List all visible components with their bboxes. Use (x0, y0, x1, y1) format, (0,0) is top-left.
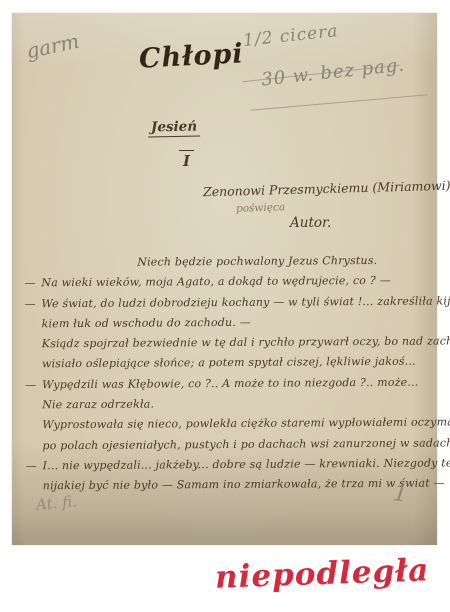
manuscript-text-line: — Na wieki wieków, moja Agato, a dokąd t… (19, 271, 431, 294)
chapter-numeral: I (179, 150, 194, 170)
part-title: Jesień (148, 119, 200, 138)
manuscript-text-line: — I... nie wypędzali... jakżeby... dobre… (21, 454, 433, 477)
manuscript-text-line: wisiało oślepiające słońce; a potem spyt… (20, 352, 432, 375)
niepodlegla-logo: niepodległa (214, 552, 429, 595)
dedication-line-3: Autor. (290, 215, 331, 231)
manuscript-viewer: garm 1/2 cicera 30 w. bez pag. Chłopi Je… (0, 0, 450, 612)
margin-dash: — (24, 294, 35, 314)
pencil-note-measure: 1/2 cicera (242, 21, 339, 51)
pencil-note-typeface: garm (24, 29, 81, 64)
manuscript-text-line: nijakiej być nie było — Samam ino zmiark… (21, 474, 433, 497)
pencil-note-format: 30 w. bez pag. (260, 55, 406, 91)
manuscript-text-line: Nie zaraz odrzekła. (20, 393, 432, 416)
manuscript-title: Chłopi (138, 38, 244, 74)
pencil-note-archival: At. fi. (35, 492, 77, 513)
manuscript-text-line: Ksiądz spojrzał bezwiednie w tę dal i ry… (20, 332, 432, 355)
manuscript-body: Niech będzie pochwalony Jezus Chrystus. … (19, 251, 433, 497)
manuscript-text-line: — Wypędzili was Kłębowie, co ?.. A może … (20, 372, 432, 395)
margin-dash: — (25, 375, 36, 395)
manuscript-text-line: po polach ojesieniałych, pustych i po da… (20, 433, 432, 456)
manuscript-page-photo: garm 1/2 cicera 30 w. bez pag. Chłopi Je… (12, 13, 437, 545)
margin-dash: — (26, 456, 37, 476)
manuscript-text-line: — We świat, do ludzi dobrodzieju kochany… (19, 291, 431, 314)
dedication-line-1: Zenonowi Przesmyckiemu (Miriamowi) (203, 178, 450, 199)
manuscript-text-line: Niech będzie pochwalony Jezus Chrystus. (19, 251, 431, 274)
dedication-line-2: poświęca (236, 201, 286, 215)
pencil-page-number: 1 (391, 480, 409, 508)
manuscript-text-line: kiem łuk od wschodu do zachodu. — (20, 311, 432, 334)
manuscript-text-line: Wyprostowała się nieco, powlekła ciężko … (20, 413, 432, 436)
pencil-underline (250, 94, 427, 111)
margin-dash: — (24, 274, 35, 294)
